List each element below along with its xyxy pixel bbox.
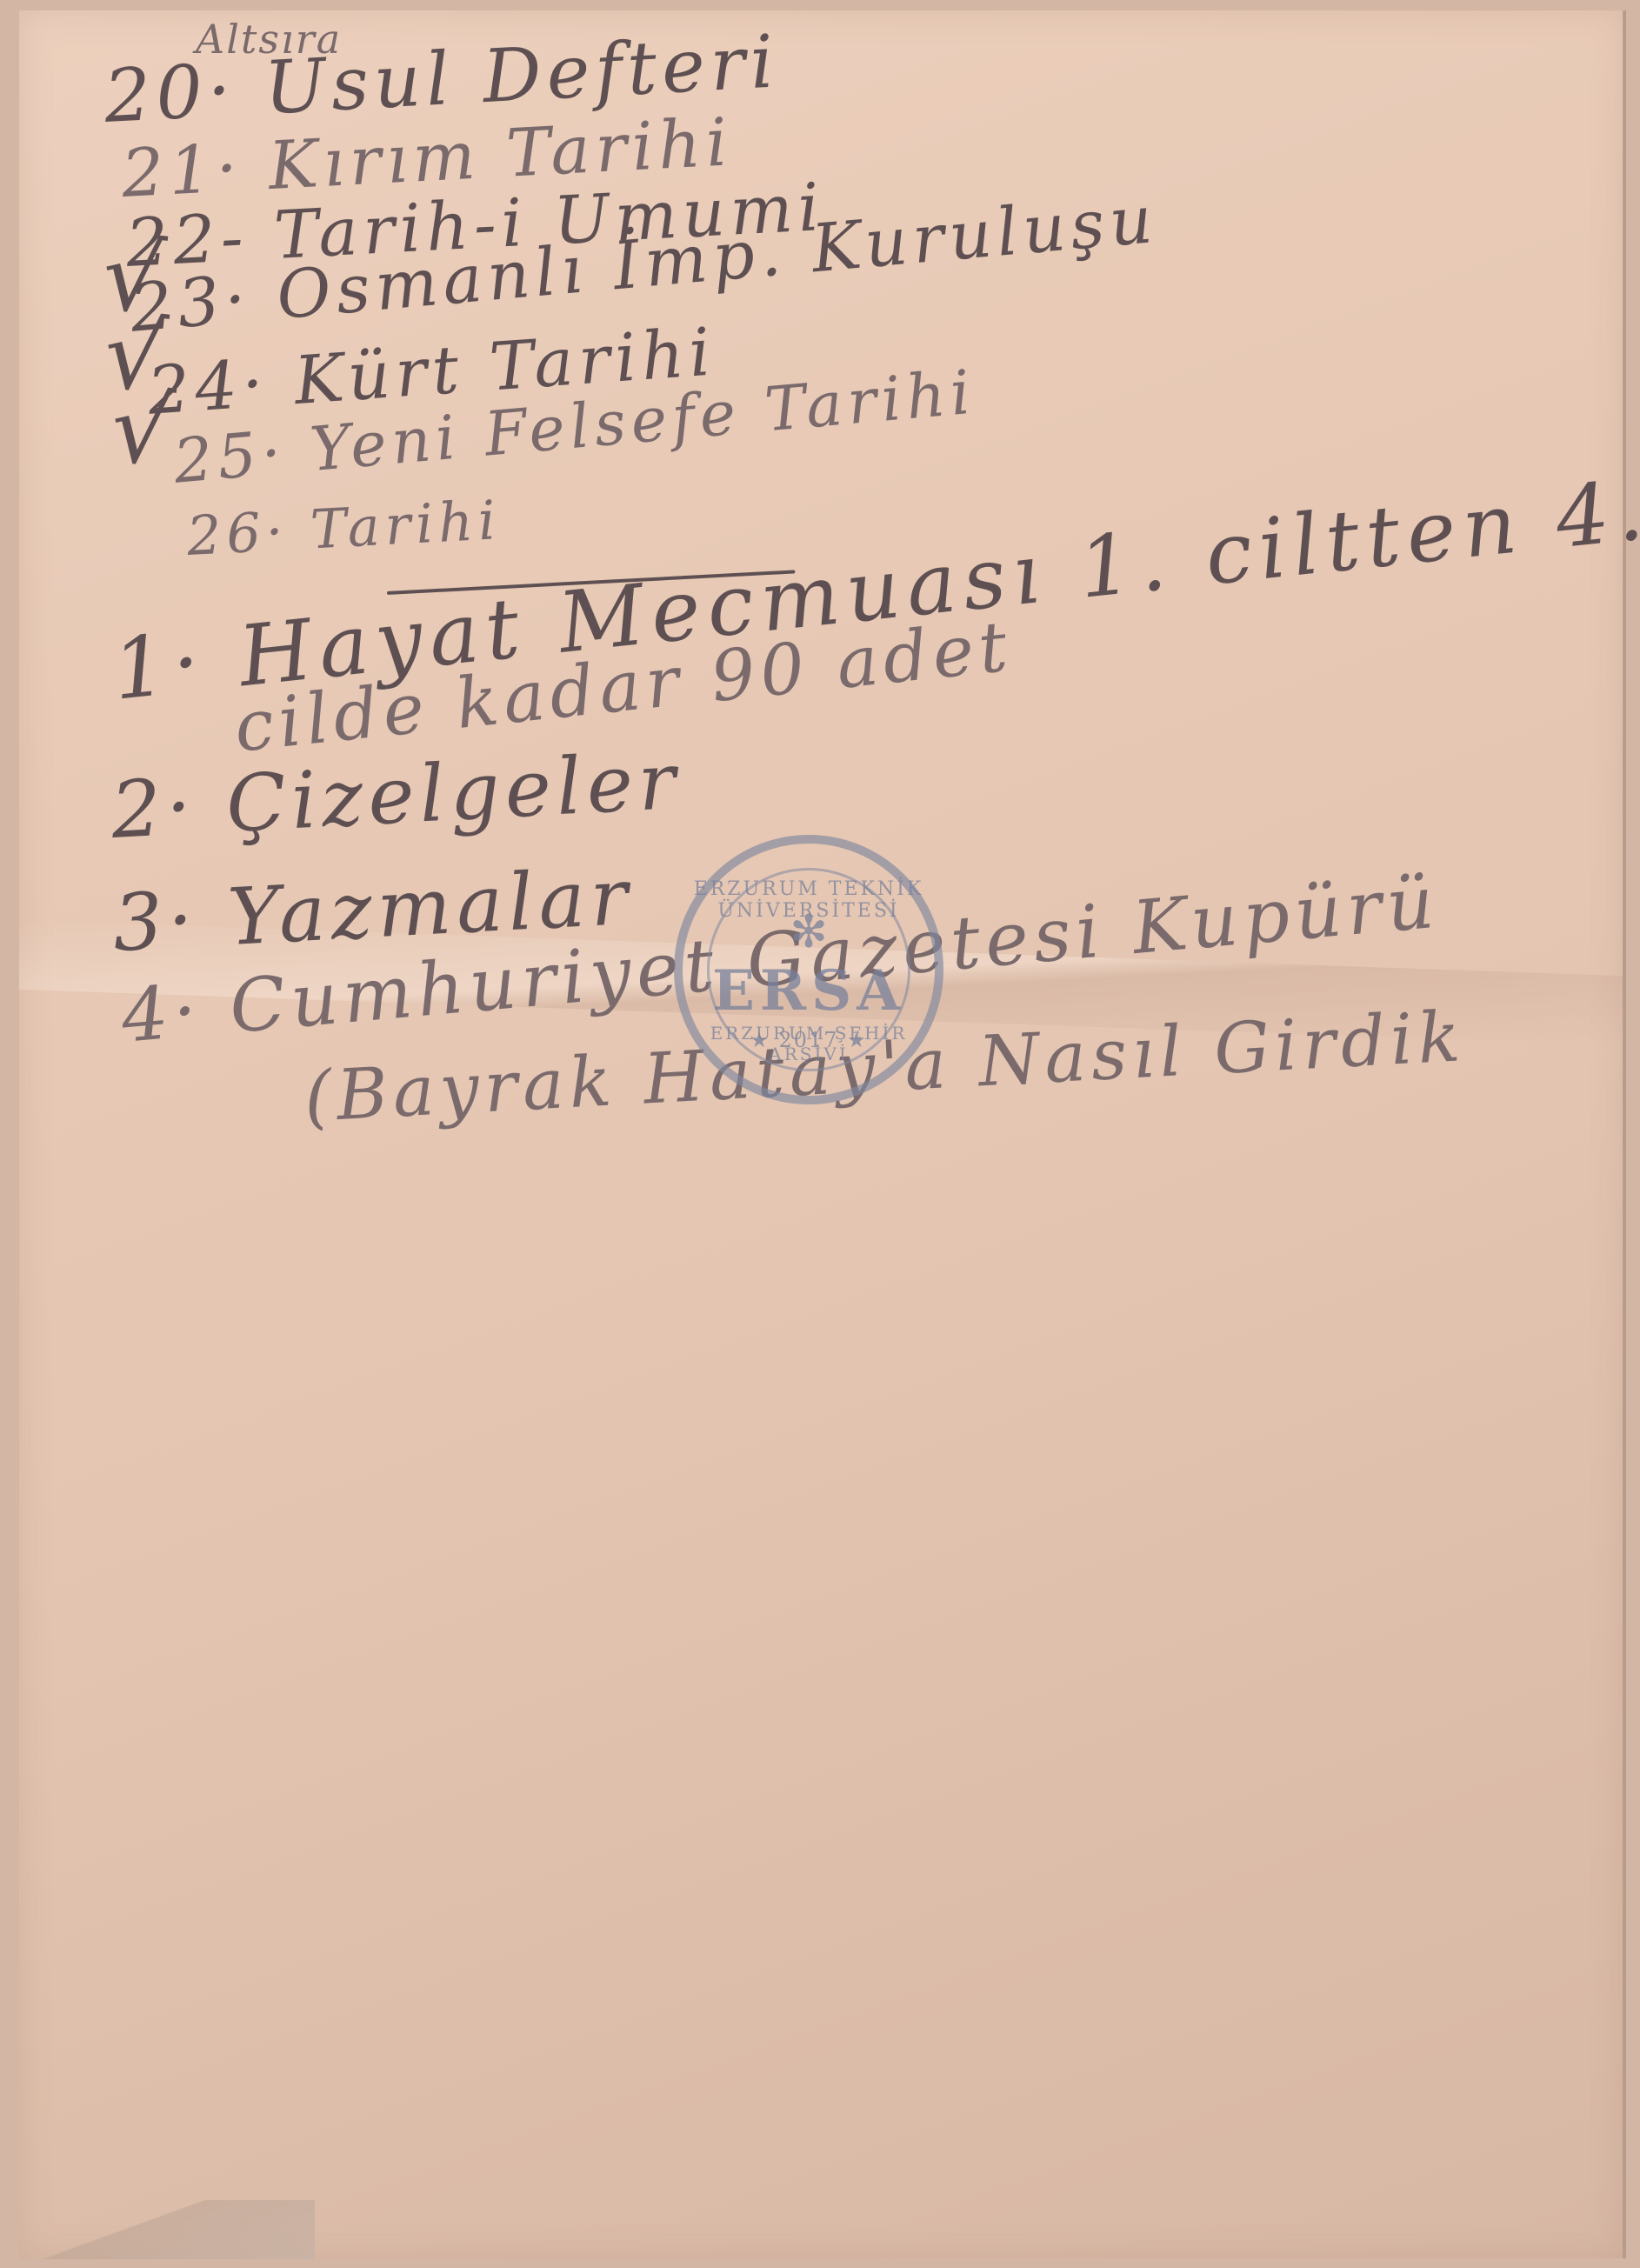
item-number: 20 — [102, 49, 210, 139]
snowflake-emblem-icon: ✻ — [683, 910, 935, 955]
paper-edge — [1623, 10, 1626, 2258]
folded-corner — [19, 2200, 315, 2259]
check-mark-icon: √ — [106, 371, 178, 489]
item-number: 3 — [110, 876, 170, 970]
item-number: 1 — [108, 616, 177, 719]
item-number: 26 — [185, 500, 268, 568]
item-number: 25 — [170, 418, 264, 497]
item-number: 4 — [118, 970, 177, 1059]
stamp-name: ERSA — [683, 964, 935, 1019]
item-text: Tarihi — [309, 488, 502, 561]
archive-stamp: ERZURUM TEKNİK ÜNİVERSİTESİ ✻ ERSA ★ 201… — [674, 835, 943, 1104]
stamp-bottom-text: ERZURUM ŞEHİR ARŞİVİ — [683, 1023, 935, 1064]
item-number: 2 — [109, 763, 169, 857]
